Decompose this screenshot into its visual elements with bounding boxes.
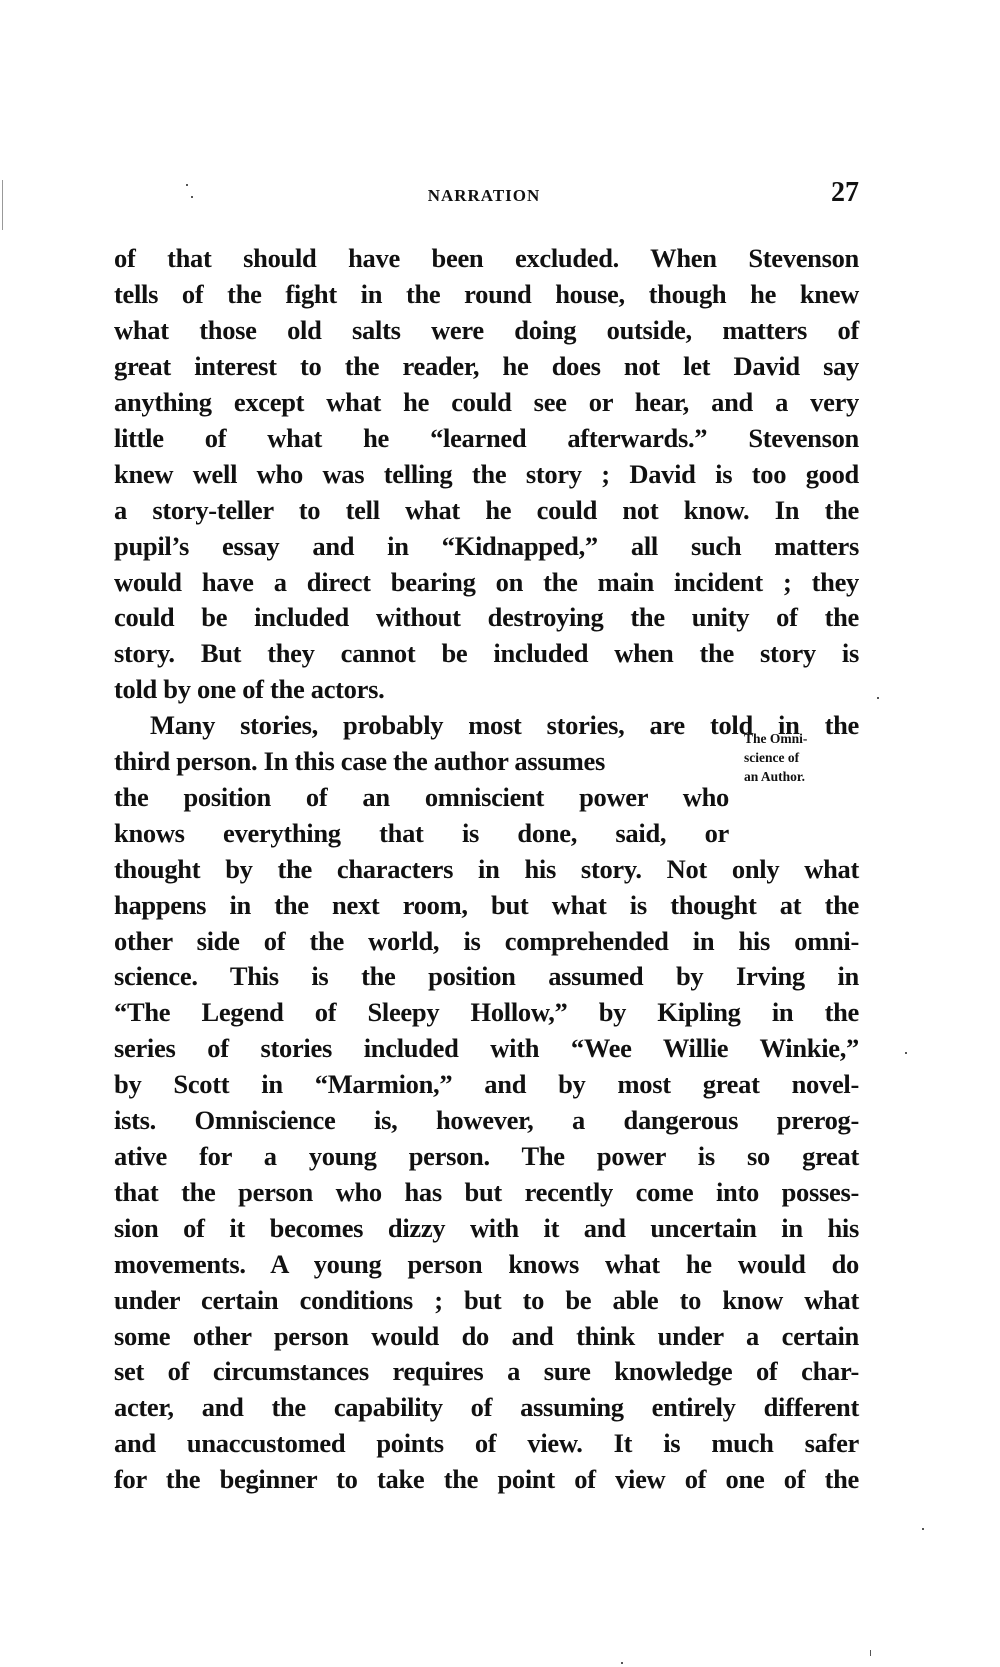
text-line: series of stories included with “Wee Wil… [114,1030,859,1066]
text-line: under certain conditions ; but to be abl… [114,1282,859,1318]
text-line: tells of the fight in the round house, t… [114,276,859,312]
text-line: set of circumstances requires a sure kno… [114,1353,859,1389]
scan-speck [191,196,193,198]
scan-speck [905,1052,907,1054]
text-line: great interest to the reader, he does no… [114,348,859,384]
text-line: pupil’s essay and in “Kidnapped,” all su… [114,528,859,564]
text-line: “The Legend of Sleepy Hollow,” by Kiplin… [114,994,859,1030]
scan-speck [186,184,188,186]
scan-speck [870,1650,871,1656]
text-line: acter, and the capability of assuming en… [114,1389,859,1425]
margin-note: The Omni- science of an Author. [744,729,859,786]
text-line: ative for a young person. The power is s… [114,1138,859,1174]
text-line: told by one of the actors. [114,671,859,707]
text-line: movements. A young person knows what he … [114,1246,859,1282]
text-line: would have a direct bearing on the main … [114,564,859,600]
text-line: that the person who has but recently com… [114,1174,859,1210]
scan-speck [877,697,879,699]
text-line: little of what he “learned afterwards.” … [114,420,859,456]
text-line: thought by the characters in his story. … [114,851,859,887]
text-line: for the beginner to take the point of vi… [114,1461,859,1497]
text-line: a story-teller to tell what he could not… [114,492,859,528]
text-line: what those old salts were doing outside,… [114,312,859,348]
text-line: could be included without destroying the… [114,599,859,635]
text-line: anything except what he could see or hea… [114,384,859,420]
text-line: other side of the world, is comprehended… [114,923,859,959]
book-page: NARRATION 27 of that should have been ex… [0,0,1000,1667]
page-number: 27 [779,178,859,208]
scan-speck [922,1528,924,1530]
scan-speck [621,1662,623,1664]
text-line: the position of an omniscient power who [114,779,729,815]
text-line: of that should have been excluded. When … [114,240,859,276]
text-line: some other person would do and think und… [114,1318,859,1354]
margin-note-line: an Author. [744,767,859,786]
margin-note-line: science of [744,748,859,767]
text-line: happens in the next room, but what is th… [114,887,859,923]
text-line: and unaccustomed points of view. It is m… [114,1425,859,1461]
text-line: story. But they cannot be included when … [114,635,859,671]
text-line: by Scott in “Marmion,” and by most great… [114,1066,859,1102]
running-head: NARRATION [384,186,584,206]
scan-edge-mark [2,180,3,230]
text-line: third person. In this case the author as… [114,743,729,779]
margin-note-line: The Omni- [744,729,859,748]
text-line: ists. Omniscience is, however, a dangero… [114,1102,859,1138]
text-line: knew well who was telling the story ; Da… [114,456,859,492]
text-line: science. This is the position assumed by… [114,958,859,994]
text-line: knows everything that is done, said, or [114,815,729,851]
text-line: sion of it becomes dizzy with it and unc… [114,1210,859,1246]
